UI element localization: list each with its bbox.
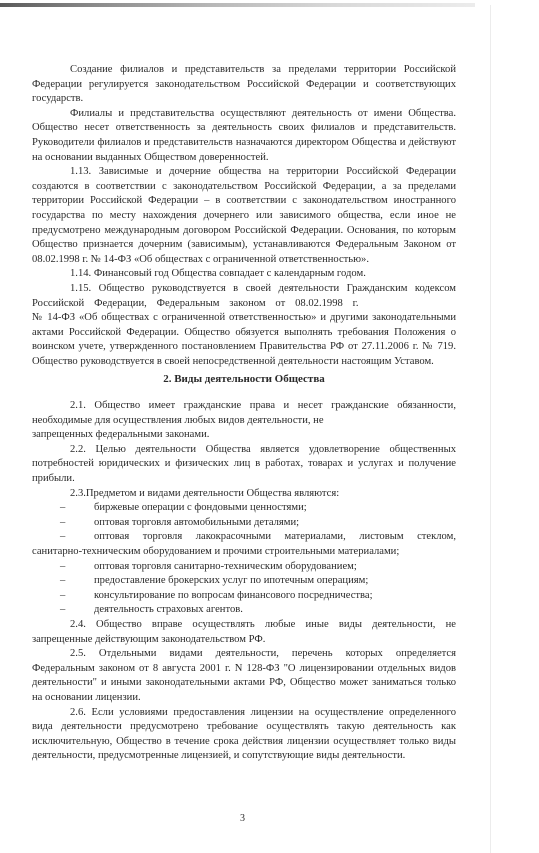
page-number: 3 [240, 813, 245, 824]
dash-bullet: – [32, 589, 94, 604]
paragraph-2-4: 2.4. Общество вправе осуществлять любые … [32, 618, 456, 647]
paragraph-branches-abroad: Создание филиалов и представительств за … [32, 63, 456, 107]
dash-bullet: – [32, 516, 94, 531]
activities-list: – биржевые операции с фондовыми ценностя… [32, 501, 456, 618]
paragraph-2-1-line1: 2.1. Общество имеет гражданские права и … [32, 399, 456, 414]
paragraph-1-13: 1.13. Зависимые и дочерние общества на т… [32, 165, 456, 267]
list-item: – оптовая торговля лакокрасочными матери… [32, 530, 456, 559]
paragraph-2-6: 2.6. Если условиями предоставления лицен… [32, 706, 456, 764]
dash-bullet: – [32, 560, 94, 575]
list-item: – оптовая торговля автомобильными деталя… [32, 516, 456, 531]
paragraph-2-1: 2.1. Общество имеет гражданские права и … [32, 399, 456, 443]
paragraph-2-1-line2: необходимые для осуществления любых видо… [32, 414, 456, 429]
dash-bullet: – [32, 603, 94, 618]
list-item: – деятельность страховых агентов. [32, 603, 456, 618]
paragraph-1-14: 1.14. Финансовый год Общества совпадает … [32, 267, 456, 282]
paragraph-1-15: 1.15. Общество руководствуется в своей д… [32, 282, 456, 370]
document-page: Создание филиалов и представительств за … [32, 63, 456, 764]
list-item-continuation: санитарно-техническим оборудованием и пр… [32, 545, 456, 560]
paragraph-2-3: 2.3.Предметом и видами деятельности Обще… [32, 487, 456, 502]
paragraph-branches-activity: Филиалы и представительства осуществляют… [32, 107, 456, 165]
dash-bullet: – [32, 501, 94, 516]
scan-edge-right [490, 5, 491, 853]
paragraph-2-2: 2.2. Целью деятельности Общества являетс… [32, 443, 456, 487]
scan-edge-top [0, 3, 475, 7]
paragraph-2-1-line3: запрещенных федеральными законами. [32, 428, 456, 443]
dash-bullet: – [32, 530, 94, 545]
list-item: – биржевые операции с фондовыми ценностя… [32, 501, 456, 516]
section-2-heading: 2. Виды деятельности Общества [32, 372, 456, 387]
paragraph-1-15-line1: 1.15. Общество руководствуется в своей д… [32, 282, 456, 297]
paragraph-2-5: 2.5. Отдельными видами деятельности, пер… [32, 647, 456, 705]
list-item: – оптовая торговля санитарно-техническим… [32, 560, 456, 575]
paragraph-1-15-line2: Российской Федерации, Федеральным законо… [32, 297, 456, 312]
list-item: – консультирование по вопросам финансово… [32, 589, 456, 604]
list-item: – предоставление брокерских услуг по ипо… [32, 574, 456, 589]
paragraph-1-15-rest: № 14-ФЗ «Об обществах с ограниченной отв… [32, 311, 456, 369]
dash-bullet: – [32, 574, 94, 589]
